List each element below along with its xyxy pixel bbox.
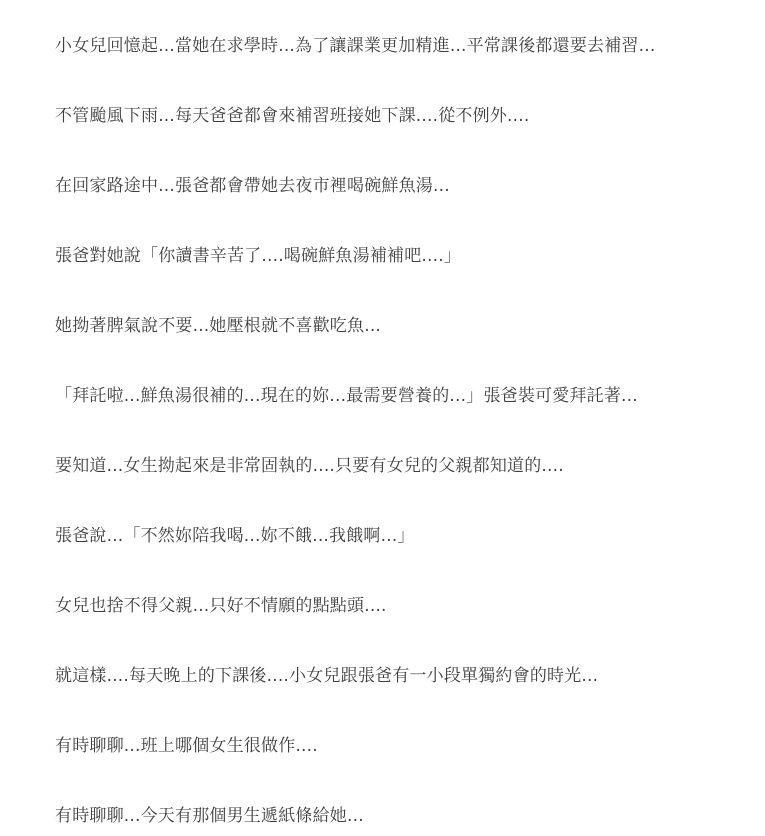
story-paragraph: 有時聊聊...班上哪個女生很做作.... <box>55 736 725 756</box>
story-paragraph: 就這樣....每天晚上的下課後....小女兒跟張爸有一小段單獨約會的時光... <box>55 666 725 686</box>
story-paragraph: 「拜託啦...鮮魚湯很補的...現在的妳...最需要營養的...」張爸裝可愛拜託… <box>55 386 725 406</box>
story-paragraph: 她拗著脾氣說不要...她壓根就不喜歡吃魚... <box>55 316 725 336</box>
story-paragraph: 有時聊聊...今天有那個男生遞紙條給她... <box>55 806 725 826</box>
story-paragraph: 要知道...女生拗起來是非常固執的....只要有女兒的父親都知道的.... <box>55 456 725 476</box>
story-paragraph: 在回家路途中...張爸都會帶她去夜市裡喝碗鮮魚湯... <box>55 176 725 196</box>
story-paragraph: 張爸對她說「你讀書辛苦了....喝碗鮮魚湯補補吧....」 <box>55 246 725 266</box>
story-paragraph: 張爸說...「不然妳陪我喝...妳不餓...我餓啊...」 <box>55 526 725 546</box>
story-paragraph: 小女兒回憶起...當她在求學時...為了讓課業更加精進...平常課後都還要去補習… <box>55 36 725 56</box>
story-article: 小女兒回憶起...當她在求學時...為了讓課業更加精進...平常課後都還要去補習… <box>0 0 765 826</box>
story-paragraph: 女兒也捨不得父親...只好不情願的點點頭.... <box>55 596 725 616</box>
story-paragraph: 不管颱風下雨...每天爸爸都會來補習班接她下課....從不例外.... <box>55 106 725 126</box>
